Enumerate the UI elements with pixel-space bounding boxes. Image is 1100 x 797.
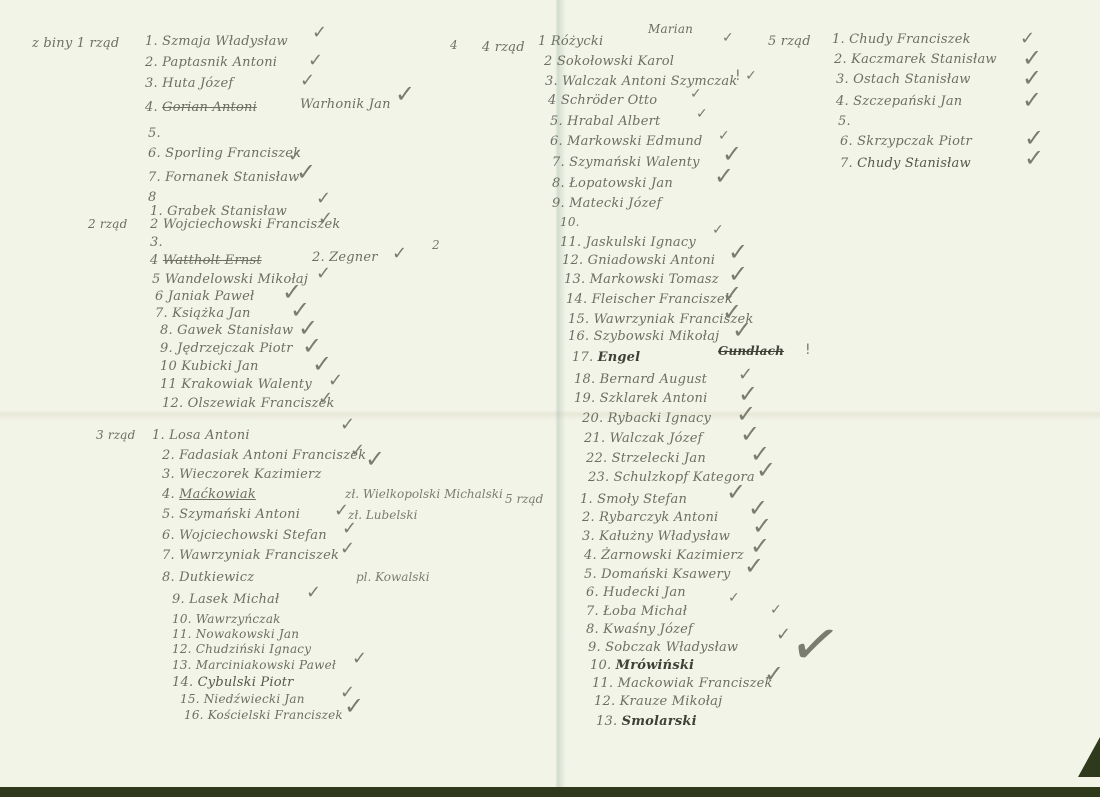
list-item: 11. Mackowiak Franciszek — [592, 676, 773, 691]
list-item: 8. Kwaśny Józef — [586, 622, 693, 637]
check-mark-icon: ✓ — [352, 648, 367, 669]
list-item: 12. Gniadowski Antoni — [562, 253, 715, 268]
list-item: 7. Książka Jan — [155, 306, 251, 321]
list-item: 5. Domański Ksawery — [584, 567, 730, 582]
section-header-row-5: 5 rząd — [768, 34, 811, 49]
list-item: 2 Wojciechowski Franciszek — [150, 217, 340, 232]
list-item: 6. Markowski Edmund — [550, 134, 703, 149]
margin-note: zł. Wielkopolski Michalski — [345, 487, 503, 501]
check-mark-icon: ✓ — [296, 158, 316, 186]
paper-bottom-edge — [0, 787, 1100, 797]
list-item: 10 Kubicki Jan — [160, 359, 259, 374]
list-item: 2. Kaczmarek Stanisław — [834, 52, 997, 67]
list-item: 7. Łoba Michał — [586, 604, 687, 619]
check-mark-icon: ✓ — [744, 552, 764, 580]
check-mark-icon: ✓ — [300, 70, 315, 91]
list-item: 17. Engel — [572, 350, 640, 365]
check-mark-icon: ✓ — [316, 188, 331, 209]
check-mark-icon: ✓ — [696, 106, 708, 122]
list-item: 9. Lasek Michał — [172, 592, 279, 607]
list-item: 4 Wattholt Ernst — [150, 253, 262, 268]
list-item: 12. Chudziński Ignacy — [172, 642, 311, 656]
check-mark-icon: ✓ — [764, 660, 784, 688]
top-note: Marian — [648, 22, 693, 36]
list-item: 8. Dutkiewicz — [162, 570, 254, 585]
margin-mark: 2 — [432, 238, 440, 252]
list-item: 8. Łopatowski Jan — [552, 176, 673, 191]
check-mark-icon: ✓ — [344, 692, 364, 720]
section-header-row-3: 3 rząd — [96, 428, 136, 442]
check-mark-icon: ✓ — [722, 30, 734, 46]
check-mark-icon: ✓ — [728, 590, 740, 606]
section-header-row-4: 4 — [450, 38, 458, 53]
section-header-row-2: 2 rząd — [88, 217, 128, 231]
margin-note: zł. Lubelski — [348, 508, 417, 522]
list-item: 6. Hudecki Jan — [586, 585, 686, 600]
list-item: 3. Huta Józef — [145, 76, 233, 91]
list-item: 10. Wawrzyńczak — [172, 612, 281, 626]
margin-note: pl. Kowalski — [356, 570, 430, 584]
check-mark-icon: ✓ — [732, 316, 752, 344]
list-item: 11 Krakowiak Walenty — [160, 377, 312, 392]
check-mark-icon: ✓ — [714, 162, 734, 190]
list-item: 2. Rybarczyk Antoni — [582, 510, 718, 525]
list-item: 2. Paptasnik Antoni — [145, 55, 277, 70]
list-item: 13. Markowski Tomasz — [564, 272, 719, 287]
list-item: 7. Fornanek Stanisław — [148, 170, 299, 185]
check-mark-icon: ✓ — [756, 456, 776, 484]
check-mark-icon: ✓ — [350, 440, 365, 461]
check-mark-icon: ✓ — [770, 602, 782, 618]
check-mark-icon: ✓ — [318, 388, 333, 409]
exclamation-mark: ! — [805, 342, 811, 358]
list-item: 8. Gawek Stanisław — [160, 323, 293, 338]
list-item: 4 Schröder Otto — [548, 93, 657, 108]
check-mark-icon: ✓ — [726, 478, 746, 506]
check-mark-icon: ✓ — [365, 445, 385, 473]
check-mark-icon: ✓ — [340, 538, 355, 559]
check-mark-icon: ✓ — [318, 208, 333, 229]
list-item: 6 Janiak Paweł — [155, 289, 254, 304]
list-item: 5. Szymański Antoni — [162, 507, 300, 522]
check-mark-icon: ✓ — [712, 222, 724, 238]
check-mark-icon: ✓ — [395, 80, 415, 108]
check-mark-icon: ✓ — [312, 22, 327, 43]
list-item: 9. Sobczak Władysław — [588, 640, 738, 655]
list-item: 2. Fadasiak Antoni Franciszek — [162, 448, 366, 463]
list-item: 21. Walczak Józef — [584, 431, 703, 446]
side-section-header: 5 rząd — [505, 492, 543, 506]
handwritten-roster-sheet: z biny 1 rząd 1. Szmaja Władysław ✓ 2. P… — [0, 0, 1100, 787]
list-item: 12. Olszewiak Franciszek — [162, 396, 335, 411]
list-item: 7. Chudy Stanisław — [840, 156, 971, 171]
list-item: 1. Chudy Franciszek — [832, 32, 971, 47]
list-item: 6. Sporling Franciszek — [148, 146, 301, 161]
list-item: 7. Szymański Walenty — [552, 155, 700, 170]
list-item: 18. Bernard August — [574, 372, 707, 387]
list-item: 14. Cybulski Piotr — [172, 675, 294, 690]
list-item: 10. — [560, 215, 580, 229]
check-mark-icon: ✓ — [1024, 144, 1044, 172]
list-item: 5. Hrabal Albert — [550, 114, 660, 129]
list-item: 1. Losa Antoni — [152, 428, 250, 443]
list-item: 16. Kościelski Franciszek — [184, 708, 343, 722]
list-item: 14. Fleischer Franciszek — [566, 292, 733, 307]
list-item: 3. Walczak Antoni Szymczak — [545, 74, 737, 89]
list-item: 6. Wojciechowski Stefan — [162, 528, 327, 543]
list-item: 4. Szczepański Jan — [836, 94, 962, 109]
replacement-name: Warhonik Jan — [300, 97, 391, 112]
list-item: 1 Różycki — [538, 34, 603, 49]
list-item: 4. Żarnowski Kazimierz — [584, 548, 744, 563]
torn-corner — [1078, 737, 1100, 777]
check-mark-icon: ✓ — [1022, 86, 1042, 114]
check-mark-icon: ✓ — [392, 243, 407, 264]
check-mark-icon: ✓ — [342, 518, 357, 539]
list-item: 10. Mrówiński — [590, 658, 694, 673]
list-item: 13. Smolarski — [596, 714, 697, 729]
check-mark-icon: ✓ — [690, 86, 702, 102]
list-item: 1. Smoły Stefan — [580, 492, 687, 507]
list-item: 11. Nowakowski Jan — [172, 627, 299, 641]
list-item: 5. — [838, 114, 851, 129]
list-item: 4. Gorian Antoni — [145, 100, 257, 115]
list-item: 6. Skrzypczak Piotr — [840, 134, 972, 149]
list-item: 22. Strzelecki Jan — [586, 451, 706, 466]
list-item: 7. Wawrzyniak Franciszek — [162, 548, 339, 563]
check-mark-icon: ✓ — [776, 624, 791, 645]
check-mark-icon: ✓ — [316, 263, 331, 284]
large-check-mark-icon: ✓ — [784, 606, 846, 684]
list-item: 5. — [148, 126, 161, 141]
check-mark-icon: ✓ — [308, 50, 323, 71]
list-item: 1. Szmaja Władysław — [145, 34, 288, 49]
section-header-row-1: z biny 1 rząd — [32, 36, 119, 51]
list-item: 11. Jaskulski Ignacy — [560, 235, 696, 250]
check-mark-icon: ! ✓ — [735, 68, 757, 84]
list-item: 13. Marciniakowski Paweł — [172, 658, 336, 672]
list-item: 9. Jędrzejczak Piotr — [160, 341, 293, 356]
section-header-label: 4 rząd — [482, 40, 525, 55]
list-item: 20. Rybacki Ignacy — [582, 411, 711, 426]
check-mark-icon: ✓ — [340, 414, 355, 435]
list-item: 9. Matecki Józef — [552, 196, 662, 211]
list-item: 3. Kałużny Władysław — [582, 529, 730, 544]
list-item: 16. Szybowski Mikołaj — [568, 329, 719, 344]
list-item: 2 Sokołowski Karol — [544, 54, 674, 69]
list-item: 3. Ostach Stanisław — [836, 72, 971, 87]
list-item: 12. Krauze Mikołaj — [594, 694, 722, 709]
list-item: 19. Szklarek Antoni — [574, 391, 707, 406]
struck-note: Gundlach — [718, 344, 784, 358]
list-item: 3. — [150, 235, 163, 250]
list-item: 3. Wieczorek Kazimierz — [162, 467, 322, 482]
check-mark-icon: ✓ — [306, 582, 321, 603]
list-item: 8 — [148, 190, 156, 205]
list-item: 15. Niedźwiecki Jan — [180, 692, 305, 706]
list-item: 4. Maćkowiak — [162, 487, 256, 502]
